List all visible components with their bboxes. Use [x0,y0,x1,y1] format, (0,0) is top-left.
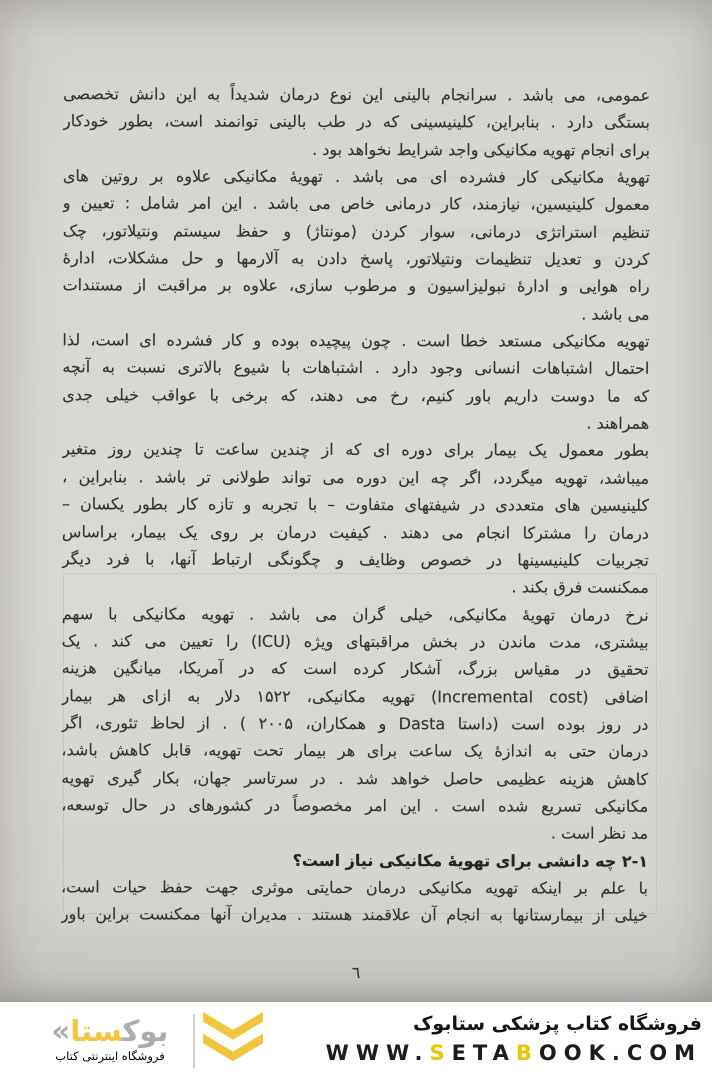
url-segment: ETA [452,1041,516,1065]
text-line: درمان را مشترکا انجام می دهند . کیفیت در… [62,518,649,547]
url-segment: OOK.COM [539,1041,702,1065]
scanned-page: عمومی، می باشد . سرانجام بالینی این نوع … [0,0,712,1002]
logo-subtitle: فروشگاه اینترنتی کتاب [34,1049,186,1063]
logo-divider [193,1014,195,1068]
text-line: برای انجام تهویه مکانیکی واجد شرایط نخوا… [63,135,650,164]
text-line: کلینیسین های متعددی در شیفتهای متفاوت – … [62,490,649,519]
logo-word-yellow: ستا [70,1014,122,1048]
text-line: درمان حتی به اندازهٔ یک ساعت برای هر بیم… [61,736,648,765]
text-line: ممکنست فرق بکند . [62,572,649,601]
url-segment: S [429,1041,451,1065]
text-line: راه هوایی و ادارهٔ نبولیزاسیون و مرطوب س… [63,272,650,301]
text-line: تهویه مکانیکی مستعد خطا است . چون پیچیده… [62,326,649,355]
setabook-logotype: «بوکستا فروشگاه اینترنتی کتاب [34,1016,186,1063]
text-line: بستگی دارد . بنابراین، کلینیسینی که در ط… [63,108,650,137]
footer-watermark-bar: «بوکستا فروشگاه اینترنتی کتاب فروشگاه کت… [0,1002,712,1080]
page-number: ٦ [0,963,712,982]
text-line: تجربیات کلینیسینها در خصوص وظایف و چگونگ… [62,545,649,574]
text-line: با علم بر اینکه تهویه مکانیکی درمان حمای… [61,873,648,902]
text-line: میباشد، تهویه میگردد، اگر چه این دوره می… [62,463,649,492]
url-segment: WWW. [326,1041,430,1065]
text-line: در روز بوده است (داستا Dasta و همکاران، … [61,709,648,738]
footer-store-info: فروشگاه کتاب پزشکی ستابوک WWW.SETABOOK.C… [326,1011,702,1065]
text-line: مد نظر است . [61,819,648,848]
text-line: مکانیکی تسریع شده است . این امر مخصوصاً … [61,791,648,820]
page-text: عمومی، می باشد . سرانجام بالینی این نوع … [61,80,650,934]
logo-chevrons-glyph: « [52,1014,71,1048]
site-url: WWW.SETABOOK.COM [326,1041,702,1065]
store-name: فروشگاه کتاب پزشکی ستابوک [326,1011,702,1037]
text-line: خیلی از بیمارستانها به انجام آن علاقمند … [61,901,648,930]
text-line: اضافی (Incremental cost) تهویه مکانیکی، … [61,682,648,711]
text-line: معمول کلینیسین، نیازمند، کار درمانی خاص … [63,190,650,219]
book-scan-screenshot: عمومی، می باشد . سرانجام بالینی این نوع … [0,0,712,1080]
text-line: که ما دوست داریم باور کنیم، رخ می دهند، … [62,381,649,410]
text-line: بیشتری، مدت ماندن در بخش مراقبتهای ویژه … [62,627,649,656]
text-line: تنظیم استراتژی درمانی، سوار کردن (مونتاژ… [63,217,650,246]
text-line: بطور معمول یک بیمار برای دوره ای که از چ… [62,436,649,465]
text-line: تحقیق در مقیاس بزرگ، آشکار کرده است که د… [62,654,649,683]
url-segment: B [516,1041,539,1065]
logo-wordmark: «بوکستا [34,1016,186,1046]
text-line: کردن و تعدیل تنظیمات ونتیلاتور، پاسخ داد… [63,244,650,273]
setabook-emblem-icon [203,1011,263,1073]
section-heading: ۲-۱ چه دانشی برای تهویهٔ مکانیکی نیاز اس… [61,846,648,875]
text-line: تهویهٔ مکانیکی کار فشرده ای می باشد . ته… [63,162,650,191]
text-line: احتمال اشتباهات انسانی وجود دارد . اشتبا… [62,354,649,383]
text-line: کاهش هزینه عظیمی حاصل خواهد شد . در سرتا… [61,764,648,793]
text-line: همراهند . [62,408,649,437]
text-line: می باشد . [62,299,649,328]
logo-word-gray: بوک [123,1014,169,1048]
text-line: عمومی، می باشد . سرانجام بالینی این نوع … [63,80,650,109]
text-line: نرخ درمان تهویهٔ مکانیکی، خیلی گران می ب… [62,600,649,629]
